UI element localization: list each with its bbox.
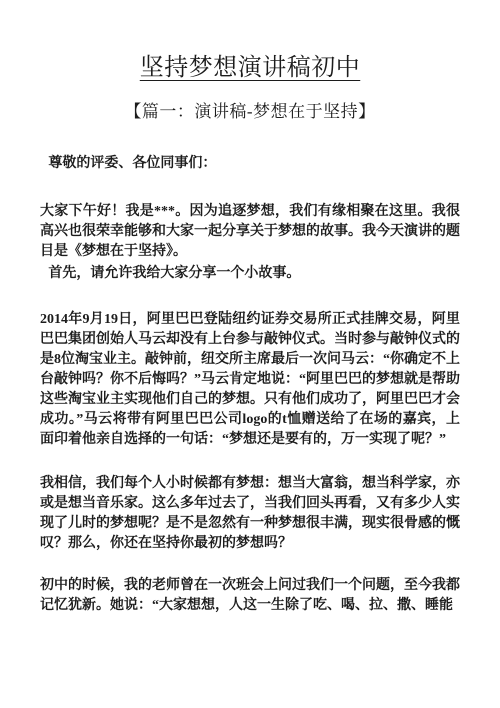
paragraph-salutation: 尊敬的评委、各位同事们：	[40, 154, 460, 174]
document-page: 坚持梦想演讲稿初中 【篇一：演讲稿-梦想在于坚持】 尊敬的评委、各位同事们： 大…	[0, 0, 500, 708]
paragraph-greeting: 大家下午好！我是***。因为追逐梦想，我们有缘相聚在这里。我很高兴也很荣幸能够和…	[40, 202, 460, 262]
paragraph-childhood-dreams: 我相信，我们每个人小时候都有梦想：想当大富翁，想当科学家，亦或是想当音乐家。这么…	[40, 474, 460, 554]
paragraph-alibaba-story: 2014年9月19日，阿里巴巴登陆纽约证券交易所正式挂牌交易，阿里巴巴集团创始人…	[40, 310, 460, 450]
paragraph-teacher-question: 初中的时候，我的老师曾在一次班会上问过我们一个问题，至今我都记忆犹新。她说：“大…	[40, 576, 460, 616]
paragraph-story-intro: 首先，请允许我给大家分享一个小故事。	[40, 264, 460, 284]
document-title: 坚持梦想演讲稿初中	[40, 52, 460, 84]
section-heading: 【篇一：演讲稿-梦想在于坚持】	[40, 100, 460, 124]
